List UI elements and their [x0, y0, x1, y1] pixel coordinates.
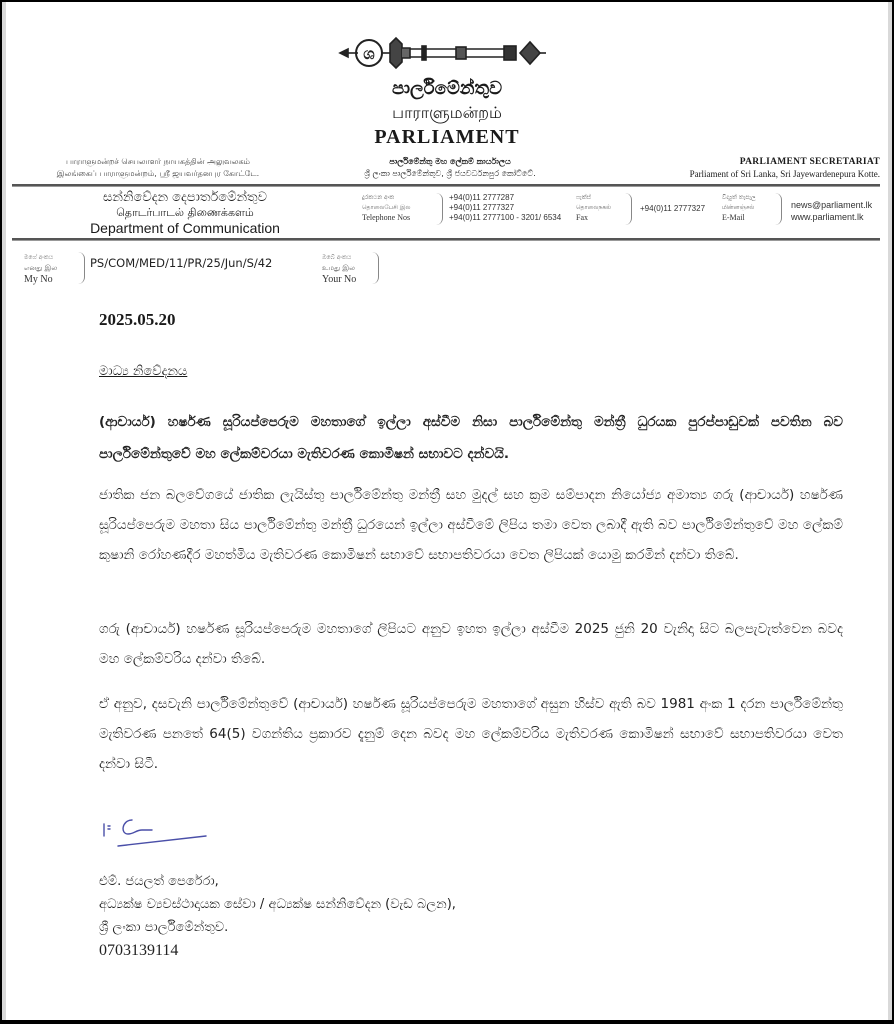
- svg-text:ශ: ශ: [363, 44, 375, 63]
- telephone-label-ta: தொலைபேசி இல: [362, 203, 411, 213]
- header-tamil-name: பாராளுமன்றம்: [0, 103, 894, 124]
- reference-row: මගේ අංකය எனது இல My No PS/COM/MED/11/PR/…: [0, 248, 894, 288]
- your-no-label: ඔබේ අංකය உமது இல Your No: [322, 252, 356, 285]
- secretariat-tamil: பாராளுமன்றச் செயலாளர் நாயகத்தின் அலுவலகம…: [28, 156, 288, 180]
- document-date: 2025.05.20: [99, 310, 176, 330]
- secretariat-sinhala-line2: ශ්‍රී ලංකා පාර්ලිමේන්තුව, ශ්‍රී ජයවර්ධනප…: [350, 168, 550, 180]
- telephone-label-en: Telephone Nos: [362, 213, 411, 223]
- email-label-ta: மின்னஞ்சல்: [722, 203, 756, 213]
- mace-emblem-icon: ශ: [338, 34, 550, 72]
- secretariat-sinhala-line1: පාර්ලිමේන්තු මහ ලේකම් කාර්යාලය: [350, 156, 550, 168]
- secretariat-sinhala: පාර්ලිමේන්තු මහ ලේකම් කාර්යාලය ශ්‍රී ලංක…: [350, 156, 550, 180]
- your-no-label-ta: உமது இல: [322, 263, 356, 274]
- your-no-label-si: ඔබේ අංකය: [322, 252, 356, 263]
- email-web: news@parliament.lk www.parliament.lk: [791, 199, 872, 223]
- headline-paragraph: (ආචාර්ය) හර්ෂණ සූරියප්පෙරුම මහතාගේ ඉල්ලා…: [99, 406, 843, 470]
- secretariat-english-line1: PARLIAMENT SECRETARIAT: [620, 156, 880, 168]
- my-no-label-en: My No: [24, 274, 57, 285]
- telephone-label-si: දුරකථන අංක: [362, 193, 411, 203]
- document-title: මාධ්‍ය නිවේදනය: [99, 364, 187, 379]
- secretariat-english-line2: Parliament of Sri Lanka, Sri Jayewardene…: [620, 168, 880, 180]
- brace: [372, 252, 379, 284]
- my-no-label-ta: எனது இல: [24, 263, 57, 274]
- telephone-number: +94(0)11 2777100 - 3201/ 6534: [449, 213, 561, 223]
- secretariat-english: PARLIAMENT SECRETARIAT Parliament of Sri…: [620, 156, 880, 180]
- website-link[interactable]: www.parliament.lk: [791, 211, 872, 223]
- email-label: විද්‍යුත් තැපැල மின்னஞ்சல் E-Mail: [722, 193, 756, 223]
- fax-label: ෆැක්ස් தொலைநகல் Fax: [576, 193, 611, 223]
- department-tamil: தொடர்பாடல் திணைக்களம்: [60, 206, 310, 220]
- body-paragraph: ජාතික ජන බලවේගයේ ජාතික ලැයිස්තු පාර්ලිමේ…: [99, 480, 843, 570]
- brace: [625, 193, 632, 225]
- fax-number: +94(0)11 2777327: [640, 204, 705, 214]
- divider: [12, 184, 880, 187]
- my-no-label-si: මගේ අංකය: [24, 252, 57, 263]
- telephone-numbers: +94(0)11 2777287 +94(0)11 2777327 +94(0)…: [449, 193, 561, 223]
- telephone-number: +94(0)11 2777287: [449, 193, 561, 203]
- brace: [78, 252, 85, 284]
- header-english-name: PARLIAMENT: [0, 126, 894, 149]
- brace: [775, 193, 782, 225]
- email-link[interactable]: news@parliament.lk: [791, 199, 872, 211]
- signatory-phone: 0703139114: [99, 939, 456, 962]
- signature-block: එම්. ජයලත් පෙරේරා, අධ්‍යක්ෂ ව්‍යවස්ථාදාය…: [99, 870, 456, 962]
- body-paragraph: ඒ අනුව, දසවැනි පාර්ලිමේන්තුවේ (ආචාර්ය) හ…: [99, 689, 843, 779]
- department-english: Department of Communication: [60, 220, 310, 236]
- signatory-organization: ශ්‍රී ලංකා පාර්ලිමේන්තුව.: [99, 916, 456, 939]
- my-no-label: මගේ අංකය எனது இல My No: [24, 252, 57, 285]
- telephone-label: දුරකථන අංක தொலைபேசி இல Telephone Nos: [362, 193, 411, 223]
- email-label-si: විද්‍යුත් තැපැල: [722, 193, 756, 203]
- header-sinhala-name: පාර්ලිමේන්තුව: [0, 78, 894, 99]
- department-block: සන්නිවේදන දෙපාර්තමේන්තුව தொடர்பாடல் திணை…: [60, 190, 310, 236]
- email-label-en: E-Mail: [722, 213, 756, 223]
- department-sinhala: සන්නිවේදන දෙපාර්තමේන්තුව: [60, 190, 310, 206]
- signatory-designation: අධ්‍යක්ෂ ව්‍යවස්ථාදායක සේවා / අධ්‍යක්ෂ ස…: [99, 893, 456, 916]
- brace: [436, 193, 443, 225]
- my-no-value: PS/COM/MED/11/PR/25/Jun/S/42: [90, 256, 272, 270]
- secretariat-tamil-line1: பாராளுமன்றச் செயலாளர் நாயகத்தின் அலுவலகம…: [28, 156, 288, 168]
- body-paragraph: ගරු (ආචාර්ය) හර්ෂණ සූරියප්පෙරුම මහතාගේ ල…: [99, 614, 843, 674]
- secretariat-row: பாராளுமன்றச் செயலாளர் நாயகத்தின் அலுவலகம…: [0, 154, 894, 184]
- your-no-label-en: Your No: [322, 274, 356, 285]
- signatory-name: එම්. ජයලත් පෙරේරා,: [99, 870, 456, 893]
- fax-label-ta: தொலைநகல்: [576, 203, 611, 213]
- fax-label-en: Fax: [576, 213, 611, 223]
- fax-label-si: ෆැක්ස්: [576, 193, 611, 203]
- secretariat-tamil-line2: இலங்கைப் பாராளுமன்றம், ஸ்ரீ ஜயவர்தனபுர க…: [28, 168, 288, 180]
- handwritten-signature-icon: [98, 814, 208, 858]
- divider: [12, 238, 880, 241]
- telephone-number: +94(0)11 2777327: [449, 203, 561, 213]
